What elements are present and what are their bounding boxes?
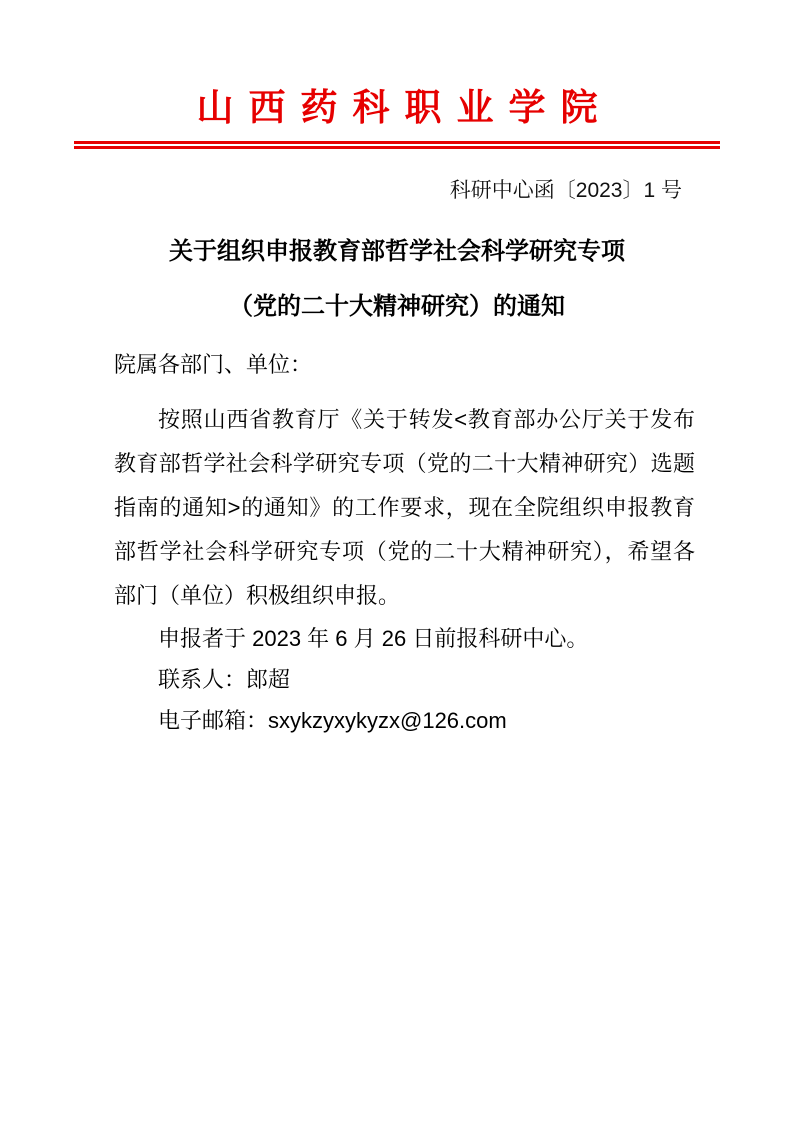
notice-title: 关于组织申报教育部哲学社会科学研究专项 （党的二十大精神研究）的通知 [0, 237, 794, 322]
notice-title-line1: 关于组织申报教育部哲学社会科学研究专项 [0, 237, 794, 267]
letterhead-org-name: 山西药科职业学院 [0, 86, 794, 130]
letterhead: 山西药科职业学院 [0, 86, 794, 149]
document-page: 山西药科职业学院 科研中心函〔2023〕1 号 关于组织申报教育部哲学社会科学研… [0, 0, 794, 1123]
letterhead-divider-line [74, 141, 720, 149]
deadline-line: 申报者于 2023 年 6 月 26 日前报科研中心。 [114, 618, 695, 659]
notice-title-line2: （党的二十大精神研究）的通知 [0, 292, 794, 322]
body-paragraph: 按照山西省教育厅《关于转发<教育部办公厅关于发布教育部哲学社会科学研究专项（党的… [114, 398, 695, 618]
contact-person-line: 联系人：郎超 [114, 659, 695, 700]
email-line: 电子邮箱：sxykzyxykyzx@126.com [114, 700, 695, 741]
salutation-line: 院属各部门、单位： [114, 350, 694, 380]
document-number: 科研中心函〔2023〕1 号 [0, 177, 682, 205]
